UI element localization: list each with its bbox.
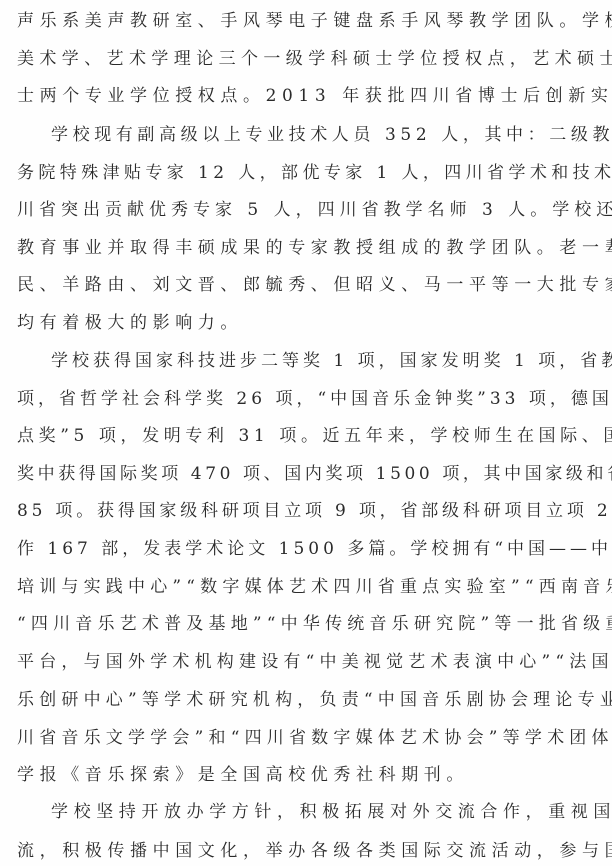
line-text: 点奖”5 项，发明专利 31 项。近五年来，学校师生在国际、国内重大比赛和评 <box>17 423 612 449</box>
line-text: 学校获得国家科技进步二等奖 1 项，国家发明奖 1 项，省教学成果奖 25 <box>51 348 612 374</box>
line-text: 美术学、艺术学理论三个一级学科硕士学位授权点，艺术硕士（MFA）、教育硕 <box>17 46 612 72</box>
text-line-indented: 学校获得国家科技进步二等奖 1 项，国家发明奖 1 项，省教学成果奖 25 <box>51 348 612 374</box>
line-text: 流，积极传播中国文化，举办各级各类国际交流活动，参与国家和省委省政府 <box>17 838 612 864</box>
text-line: 学报《音乐探索》是全国高校优秀社科期刊。 <box>17 762 597 788</box>
line-text: 川省突出贡献优秀专家 5 人，四川省教学名师 3 人。学校还有多个由热爱艺术 <box>17 197 612 223</box>
document-page: 声乐系美声教研室、手风琴电子键盘系手风琴教学团队。学校有音乐与舞蹈学、 美术学、… <box>0 0 612 866</box>
text-line: 项，省哲学社会科学奖 26 项，“中国音乐金钟奖”33 项，德国工业设计“红 <box>17 386 597 412</box>
line-text: 培训与实践中心”“数字媒体艺术四川省重点实验室”“西南音乐研究中心” <box>17 574 612 600</box>
line-text: 教育事业并取得丰硕成果的专家教授组成的教学团队。老一辈音乐教育家常苏 <box>17 235 612 261</box>
text-line-indented: 学校坚持开放办学方针，积极拓展对外交流合作，重视国际学术和人文交 <box>51 799 612 825</box>
line-text: 85 项。获得国家级科研项目立项 9 项，省部级科研项目立项 29 项。出版各类… <box>17 498 612 524</box>
text-line: 声乐系美声教研室、手风琴电子键盘系手风琴教学团队。学校有音乐与舞蹈学、 <box>17 8 597 34</box>
line-text: 学校现有副高级以上专业技术人员 352 人，其中：二级教授 13 人，享受国 <box>51 122 612 148</box>
text-line-indented: 学校现有副高级以上专业技术人员 352 人，其中：二级教授 13 人，享受国 <box>51 122 612 148</box>
line-text: 学校坚持开放办学方针，积极拓展对外交流合作，重视国际学术和人文交 <box>51 799 612 825</box>
text-line: 士两个专业学位授权点。2013 年获批四川省博士后创新实践基地。 <box>17 83 597 109</box>
text-line: 务院特殊津贴专家 12 人，部优专家 1 人，四川省学术和技术带头人 13 人，… <box>17 160 597 186</box>
line-text: 学报《音乐探索》是全国高校优秀社科期刊。 <box>17 762 469 788</box>
text-line: 民、羊路由、刘文晋、郎毓秀、但昭义、马一平等一大批专家、学者在海内外 <box>17 272 597 298</box>
line-text: 民、羊路由、刘文晋、郎毓秀、但昭义、马一平等一大批专家、学者在海内外 <box>17 272 612 298</box>
line-text: 川省音乐文学学会”和“四川省数字媒体艺术协会”等学术团体的日常工作。 <box>17 725 612 751</box>
line-text: 乐创研中心”等学术研究机构，负责“中国音乐剧协会理论专业委员会”“四 <box>17 687 612 713</box>
line-text: “四川音乐艺术普及基地”“中华传统音乐研究院”等一批省级重点学术研究 <box>17 611 612 637</box>
line-text: 士两个专业学位授权点。2013 年获批四川省博士后创新实践基地。 <box>17 83 612 109</box>
text-line: 奖中获得国际奖项 470 项、国内奖项 1500 项，其中国家级和省部级授予的奖… <box>17 461 597 487</box>
line-text: 项，省哲学社会科学奖 26 项，“中国音乐金钟奖”33 项，德国工业设计“红 <box>17 386 612 412</box>
line-text: 务院特殊津贴专家 12 人，部优专家 1 人，四川省学术和技术带头人 13 人，… <box>17 160 612 186</box>
line-text: 奖中获得国际奖项 470 项、国内奖项 1500 项，其中国家级和省部级授予的奖… <box>17 461 612 487</box>
text-line: 川省突出贡献优秀专家 5 人，四川省教学名师 3 人。学校还有多个由热爱艺术 <box>17 197 597 223</box>
line-text: 平台，与国外学术机构建设有“中美视觉艺术表演中心”“法国格拉姆电子音 <box>17 649 612 675</box>
text-line: 教育事业并取得丰硕成果的专家教授组成的教学团队。老一辈音乐教育家常苏 <box>17 235 597 261</box>
line-text: 作 167 部，发表学术论文 1500 多篇。学校拥有“中国——中东欧青年艺术人… <box>17 536 612 562</box>
text-line: 美术学、艺术学理论三个一级学科硕士学位授权点，艺术硕士（MFA）、教育硕 <box>17 46 597 72</box>
text-line: 川省音乐文学学会”和“四川省数字媒体艺术协会”等学术团体的日常工作。 <box>17 725 597 751</box>
text-line: 作 167 部，发表学术论文 1500 多篇。学校拥有“中国——中东欧青年艺术人… <box>17 536 597 562</box>
line-text: 声乐系美声教研室、手风琴电子键盘系手风琴教学团队。学校有音乐与舞蹈学、 <box>17 8 612 34</box>
text-line: 点奖”5 项，发明专利 31 项。近五年来，学校师生在国际、国内重大比赛和评 <box>17 423 597 449</box>
text-line: 培训与实践中心”“数字媒体艺术四川省重点实验室”“西南音乐研究中心” <box>17 574 597 600</box>
text-line: 均有着极大的影响力。 <box>17 310 597 336</box>
text-line: 85 项。获得国家级科研项目立项 9 项，省部级科研项目立项 29 项。出版各类… <box>17 498 597 524</box>
text-line: 流，积极传播中国文化，举办各级各类国际交流活动，参与国家和省委省政府 <box>17 838 597 864</box>
text-line: “四川音乐艺术普及基地”“中华传统音乐研究院”等一批省级重点学术研究 <box>17 611 597 637</box>
line-text: 均有着极大的影响力。 <box>17 310 243 336</box>
text-line: 平台，与国外学术机构建设有“中美视觉艺术表演中心”“法国格拉姆电子音 <box>17 649 597 675</box>
text-line: 乐创研中心”等学术研究机构，负责“中国音乐剧协会理论专业委员会”“四 <box>17 687 597 713</box>
